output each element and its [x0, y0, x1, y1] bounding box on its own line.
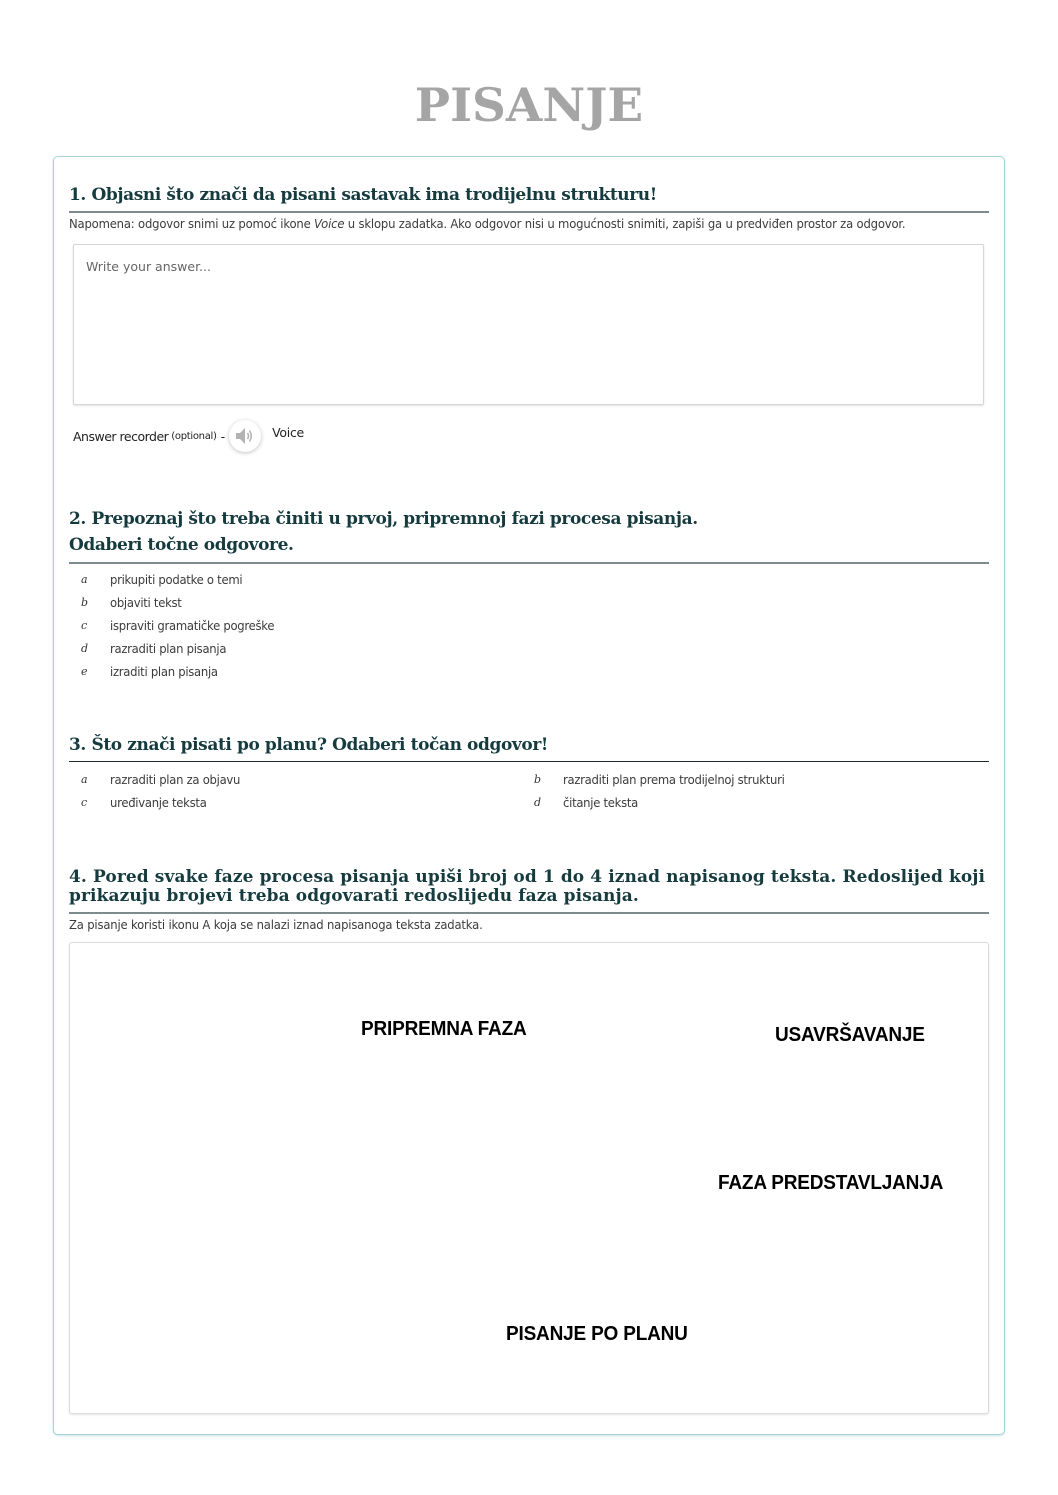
question-2-option-b[interactable]: b objaviti tekst: [69, 592, 187, 612]
question-4-title: 4. Pored svake faze procesa pisanja upiš…: [69, 868, 989, 906]
question-2-divider: [69, 562, 989, 564]
record-voice-button[interactable]: [229, 420, 261, 452]
option-text: razraditi plan za objavu: [110, 772, 240, 787]
option-letter: d: [522, 796, 563, 809]
phase-label-faza-predstavljanja[interactable]: FAZA PREDSTAVLJANJA: [718, 1172, 943, 1195]
option-text: razraditi plan prema trodijelnoj struktu…: [563, 772, 785, 787]
option-letter: e: [69, 665, 110, 678]
question-2-option-a[interactable]: a prikupiti podatke o temi: [69, 569, 252, 589]
question-3-divider: [69, 761, 989, 762]
phase-label-pripremna-faza[interactable]: PRIPREMNA FAZA: [361, 1018, 527, 1041]
option-letter: a: [69, 773, 110, 786]
voice-label: Voice: [272, 425, 304, 440]
note-text-continued: u sklopu zadatka. Ako odgovor nisi u mog…: [344, 216, 905, 231]
answer-textarea[interactable]: [73, 244, 984, 405]
question-3-option-c[interactable]: c uređivanje teksta: [69, 792, 214, 812]
question-2-option-c[interactable]: c ispraviti gramatičke pogreške: [69, 615, 287, 635]
phase-label-usavrsavanje[interactable]: USAVRŠAVANJE: [775, 1024, 925, 1047]
question-4-title-line-1: 4. Pored svake faze procesa pisanja upiš…: [69, 868, 989, 887]
question-4-note: Za pisanje koristi ikonu A koja se nalaz…: [69, 917, 483, 932]
question-3-option-d[interactable]: d čitanje teksta: [522, 792, 644, 812]
option-text: čitanje teksta: [563, 795, 638, 810]
question-3-title: 3. Što znači pisati po planu? Odaberi to…: [69, 732, 989, 758]
question-4-divider: [69, 912, 989, 914]
worksheet-card: 1. Objasni što znači da pisani sastavak …: [53, 156, 1005, 1435]
question-2-option-d[interactable]: d razraditi plan pisanja: [69, 638, 235, 658]
option-text: objaviti tekst: [110, 595, 182, 610]
phase-ordering-area[interactable]: PRIPREMNA FAZA USAVRŠAVANJE FAZA PREDSTA…: [69, 942, 989, 1414]
page-title: PISANJE: [0, 78, 1058, 132]
option-text: ispraviti gramatičke pogreške: [110, 618, 274, 633]
recorder-dash: -: [221, 429, 226, 444]
speaker-icon: [234, 426, 256, 446]
option-letter: d: [69, 642, 110, 655]
recorder-label: Answer recorder: [73, 429, 168, 444]
option-text: uređivanje teksta: [110, 795, 207, 810]
option-letter: b: [69, 596, 110, 609]
question-1-title: 1. Objasni što znači da pisani sastavak …: [69, 182, 989, 208]
question-2-option-e[interactable]: e izraditi plan pisanja: [69, 661, 226, 681]
question-1-note: Napomena: odgovor snimi uz pomoć ikone V…: [69, 216, 905, 231]
option-text: prikupiti podatke o temi: [110, 572, 242, 587]
question-4-title-line-2: prikazuju brojevi treba odgovarati redos…: [69, 887, 989, 906]
note-text: Napomena: odgovor snimi uz pomoć ikone: [69, 216, 314, 231]
note-voice-emphasis: Voice: [314, 216, 344, 231]
option-letter: b: [522, 773, 563, 786]
option-letter: a: [69, 573, 110, 586]
option-text: razraditi plan pisanja: [110, 641, 226, 656]
question-2-title-line-2: Odaberi točne odgovore.: [69, 532, 989, 558]
option-letter: c: [69, 796, 110, 809]
recorder-optional-label: (optional): [171, 431, 216, 442]
option-text: izraditi plan pisanja: [110, 664, 218, 679]
question-2-title-line-1: 2. Prepoznaj što treba činiti u prvoj, p…: [69, 506, 989, 532]
answer-recorder: Answer recorder (optional) - Voice: [73, 420, 304, 452]
question-1-divider: [69, 211, 989, 213]
option-letter: c: [69, 619, 110, 632]
question-3-option-b[interactable]: b razraditi plan prema trodijelnoj struk…: [522, 769, 801, 789]
phase-label-pisanje-po-planu[interactable]: PISANJE PO PLANU: [506, 1323, 688, 1346]
question-3-option-a[interactable]: a razraditi plan za objavu: [69, 769, 250, 789]
question-2-title: 2. Prepoznaj što treba činiti u prvoj, p…: [69, 506, 989, 558]
